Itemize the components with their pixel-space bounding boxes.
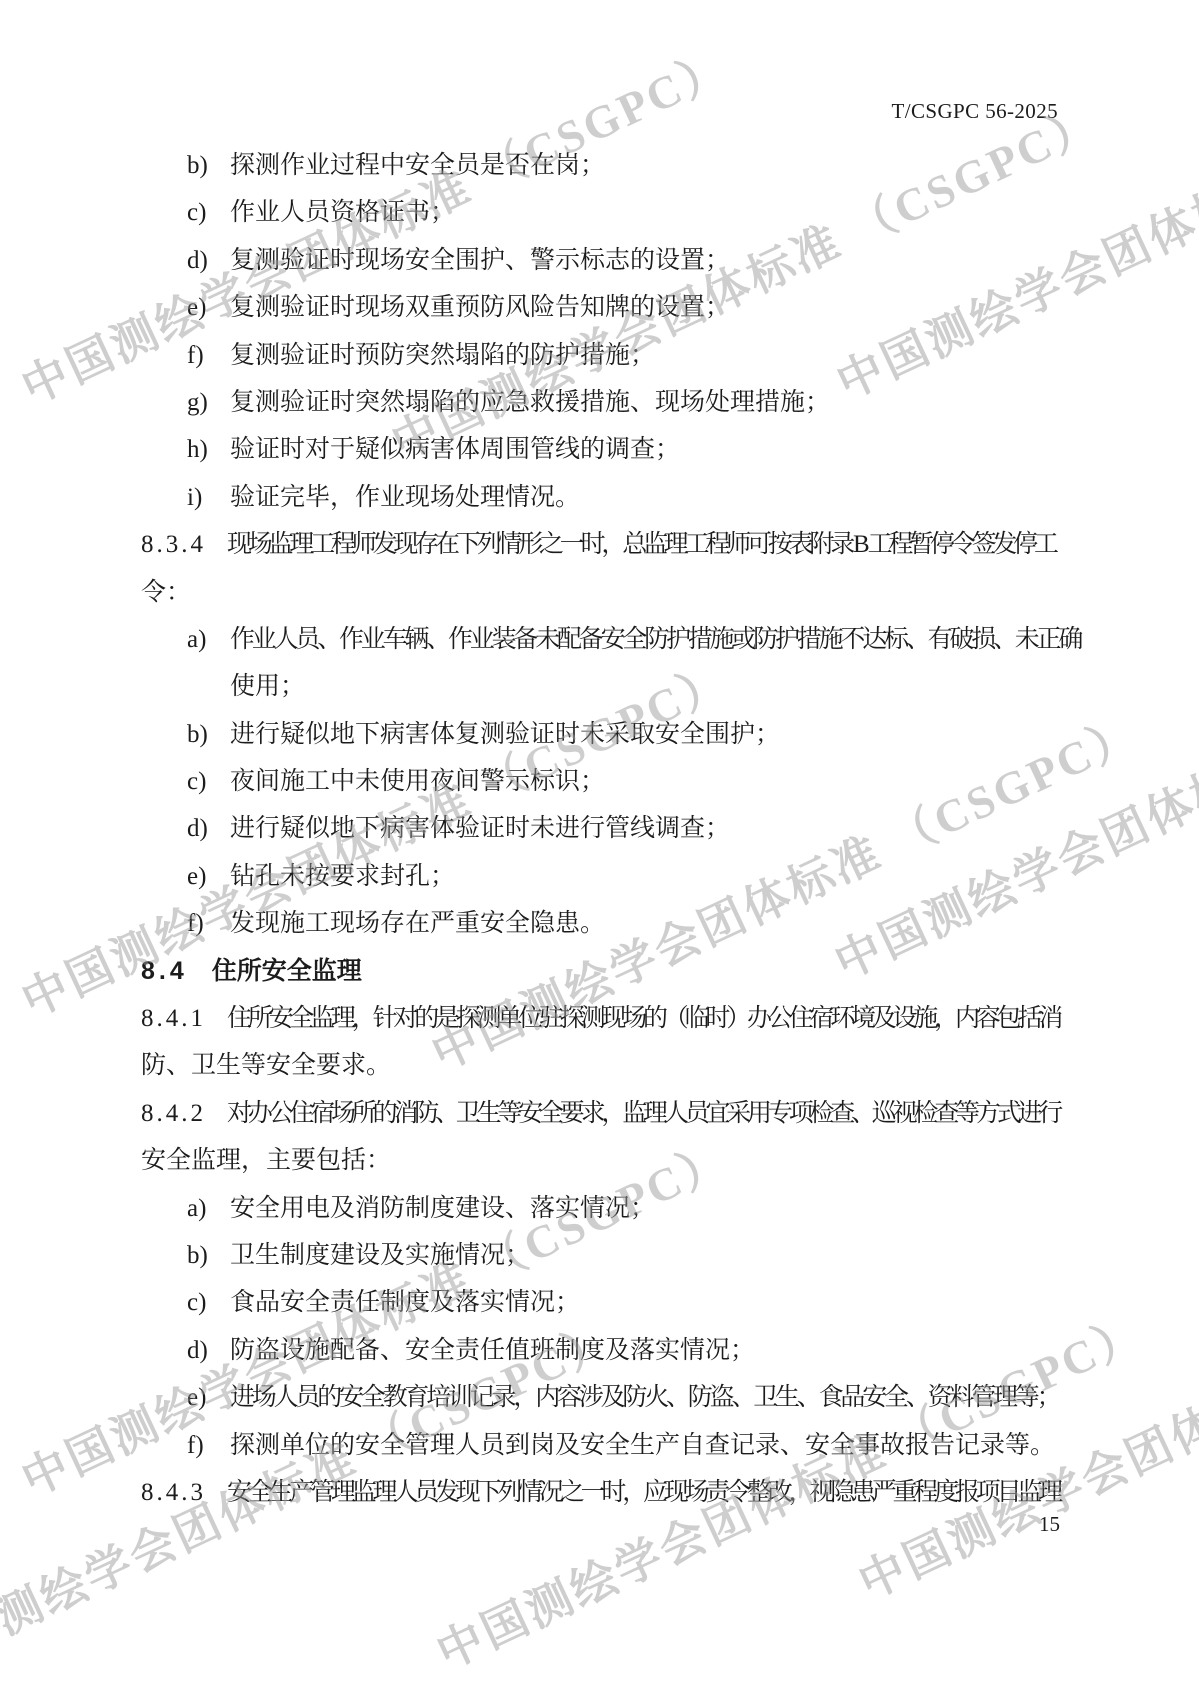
item-letter: c) [187,189,230,236]
list-item: d)防盗设施配备、安全责任值班制度及落实情况； [141,1327,1071,1374]
item-text: 作业人员、作业车辆、作业装备未配备安全防护措施或防护措施不达标、有破损、未正确 [230,626,1080,653]
item-text: 验证完毕，作业现场处理情况。 [230,484,580,511]
item-text: 进行疑似地下病害体验证时未进行管线调查； [230,815,730,842]
list-item: a)作业人员、作业车辆、作业装备未配备安全防护措施或防护措施不达标、有破损、未正… [141,616,1071,663]
item-letter: d) [187,1327,230,1374]
list-item: d)复测验证时现场安全围护、警示标志的设置； [141,237,1071,284]
section-text: 现场监理工程师发现存在下列情形之一时，总监理工程师可按表附录 B 工程暂停令签发… [227,531,1055,558]
item-letter: c) [187,1279,230,1326]
list-item: e)钻孔未按要求封孔； [141,853,1071,900]
section-paragraph: 8.3.4现场监理工程师发现存在下列情形之一时，总监理工程师可按表附录 B 工程… [141,521,1071,568]
list-item: c)夜间施工中未使用夜间警示标识； [141,758,1071,805]
item-text: 复测验证时现场安全围护、警示标志的设置； [230,247,730,274]
item-text: 复测验证时突然塌陷的应急救援措施、现场处理措施； [230,389,830,416]
item-text: 复测验证时预防突然塌陷的防护措施； [230,342,655,369]
item-letter: g) [187,379,230,426]
item-text: 进行疑似地下病害体复测验证时未采取安全围护； [230,721,780,748]
list-item: f)发现施工现场存在严重安全隐患。 [141,900,1071,947]
clause-number: 8.4 [141,948,188,995]
list-item: c)食品安全责任制度及落实情况； [141,1279,1071,1326]
item-text: 防盗设施配备、安全责任值班制度及落实情况； [230,1337,755,1364]
document-page: 中国测绘学会团体标准 （CSGPC） 中国测绘学会团体标准 （CSGPC） 中国… [0,0,1199,1696]
item-letter: e) [187,853,230,900]
item-continuation: 使用； [141,663,1071,710]
item-letter: f) [187,900,230,947]
item-text: 作业人员资格证书； [230,199,455,226]
item-text: 食品安全责任制度及落实情况； [230,1289,580,1316]
item-text: 探测单位的安全管理人员到岗及安全生产自查记录、安全事故报告记录等。 [230,1432,1055,1459]
item-letter: d) [187,237,230,284]
item-letter: a) [187,616,230,663]
item-text: 发现施工现场存在严重安全隐患。 [230,910,605,937]
paragraph-line: 令： [141,569,1071,616]
section-number: 8.4.3 [141,1469,206,1516]
item-text: 复测验证时现场双重预防风险告知牌的设置； [230,294,730,321]
item-letter: e) [187,284,230,331]
list-item: b)探测作业过程中安全员是否在岗； [141,142,1071,189]
item-letter: c) [187,758,230,805]
item-letter: b) [187,142,230,189]
list-item: e)复测验证时现场双重预防风险告知牌的设置； [141,284,1071,331]
item-letter: f) [187,332,230,379]
doc-body: b)探测作业过程中安全员是否在岗； c)作业人员资格证书； d)复测验证时现场安… [141,142,1071,1516]
list-item: d)进行疑似地下病害体验证时未进行管线调查； [141,805,1071,852]
list-item: b)卫生制度建设及实施情况； [141,1232,1071,1279]
section-text: 对办公住宿场所的消防、卫生等安全要求，监理人员宜采用专项检查、巡视检查等方式进行 [227,1100,1059,1127]
item-text: 钻孔未按要求封孔； [230,863,455,890]
item-letter: d) [187,805,230,852]
list-item: a)安全用电及消防制度建设、落实情况； [141,1185,1071,1232]
list-item: g)复测验证时突然塌陷的应急救援措施、现场处理措施； [141,379,1071,426]
list-item: c)作业人员资格证书； [141,189,1071,236]
section-paragraph: 8.4.2对办公住宿场所的消防、卫生等安全要求，监理人员宜采用专项检查、巡视检查… [141,1090,1071,1137]
item-text: 卫生制度建设及实施情况； [230,1242,530,1269]
paragraph-line: 防、卫生等安全要求。 [141,1042,1071,1089]
item-text: 验证时对于疑似病害体周围管线的调查； [230,436,680,463]
list-item: h)验证时对于疑似病害体周围管线的调查； [141,426,1071,473]
item-letter: e) [187,1374,230,1421]
section-paragraph: 8.4.3安全生产管理监理人员发现下列情况之一时，应现场责令整改，视隐患严重程度… [141,1469,1071,1516]
item-letter: i) [187,474,230,521]
section-text: 安全生产管理监理人员发现下列情况之一时，应现场责令整改，视隐患严重程度报项目监理 [227,1479,1059,1506]
item-text: 进场人员的安全教育培训记录，内容涉及防火、防盗、卫生、食品安全、资料管理等； [230,1384,1058,1411]
doc-code: T/CSGPC 56-2025 [892,99,1058,124]
item-letter: a) [187,1185,230,1232]
item-letter: h) [187,426,230,473]
list-item: f)探测单位的安全管理人员到岗及安全生产自查记录、安全事故报告记录等。 [141,1422,1071,1469]
clause-title: 住所安全监理 [212,957,362,985]
item-letter: b) [187,1232,230,1279]
section-number: 8.4.1 [141,995,206,1042]
section-text: 住所安全监理，针对的是探测单位驻探测现场的（临时）办公住宿环境及设施，内容包括消 [227,1005,1059,1032]
paragraph-line: 安全监理，主要包括： [141,1137,1071,1184]
section-paragraph: 8.4.1住所安全监理，针对的是探测单位驻探测现场的（临时）办公住宿环境及设施，… [141,995,1071,1042]
item-letter: b) [187,711,230,758]
list-item: b)进行疑似地下病害体复测验证时未采取安全围护； [141,711,1071,758]
list-item: f)复测验证时预防突然塌陷的防护措施； [141,332,1071,379]
clause-heading: 8.4住所安全监理 [141,948,1071,995]
page-number: 15 [1039,1512,1060,1537]
item-text: 夜间施工中未使用夜间警示标识； [230,768,605,795]
list-item: e)进场人员的安全教育培训记录，内容涉及防火、防盗、卫生、食品安全、资料管理等； [141,1374,1071,1421]
item-text: 探测作业过程中安全员是否在岗； [230,152,605,179]
item-letter: f) [187,1422,230,1469]
list-item: i)验证完毕，作业现场处理情况。 [141,474,1071,521]
section-number: 8.3.4 [141,521,206,568]
section-number: 8.4.2 [141,1090,206,1137]
item-text: 安全用电及消防制度建设、落实情况； [230,1195,655,1222]
